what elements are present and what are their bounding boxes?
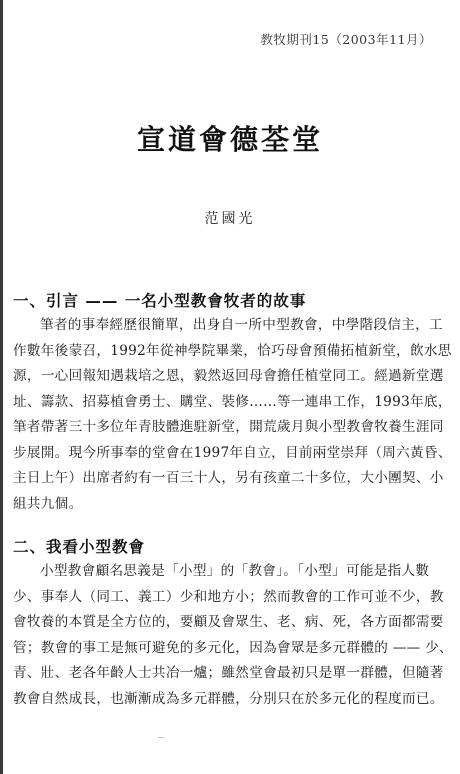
paragraph-line: 管；教會的事工是無可避免的多元化，因為會眾是多元群體的 —— 少、	[13, 636, 445, 662]
paragraph-line: 筆者的事奉經歷很簡單，出身自一所中型教會，中學階段信主，工	[13, 313, 445, 339]
section-heading-small-church-view: 二、我看小型教會	[13, 535, 145, 557]
author-name: 范國光	[0, 208, 460, 228]
paragraph-line: 主日上午）出席者約有一百三十人，另有孩童二十多位，大小團契、小	[13, 466, 445, 492]
article-title: 宣道會德荃堂	[0, 118, 460, 158]
paragraph-line: 作數年後蒙召，1992年從神學院畢業，恰巧母會預備拓植新堂，飲水思	[13, 339, 445, 365]
scan-smudge	[158, 737, 164, 740]
paragraph-line: 少、事奉人（同工、義工）少和地方小；然而教會的工作可並不少，教	[13, 585, 445, 611]
page-left-edge	[0, 0, 3, 774]
running-head: 教牧期刊15（2003年11月）	[260, 30, 432, 48]
paragraph-line: 青、壯、老各年齡人士共冶一爐；雖然堂會最初只是單一群體，但隨著	[13, 661, 445, 687]
paragraph-line: 教會自然成長，也漸漸成為多元群體，分別只在於多元化的程度而已。	[13, 687, 445, 713]
paragraph-line: 步展開。現今所事奉的堂會在1997年自立，目前兩堂崇拜（周六黃昏、	[13, 441, 445, 467]
paragraph-line: 小型教會顧名思義是「小型」的「教會」。「小型」可能是指人數	[13, 559, 445, 585]
paragraph-line: 筆者帶著三十多位年青肢體進駐新堂，開荒歲月與小型教會牧養生涯同	[13, 415, 445, 441]
section-2-paragraph: 小型教會顧名思義是「小型」的「教會」。「小型」可能是指人數 少、事奉人（同工、義…	[13, 559, 445, 712]
paragraph-line: 組共九個。	[13, 492, 445, 518]
paragraph-line: 會牧養的本質是全方位的，要顧及會眾生、老、病、死，各方面都需要	[13, 610, 445, 636]
section-heading-introduction: 一、引言 —— 一名小型教會牧者的故事	[13, 289, 306, 311]
paragraph-line: 源，一心回報知遇栽培之恩，毅然返回母會擔任植堂同工。經過新堂選	[13, 364, 445, 390]
paragraph-line: 址、籌款、招募植會勇士、購堂、裝修……等一連串工作，1993年底，	[13, 390, 445, 416]
section-1-paragraph: 筆者的事奉經歷很簡單，出身自一所中型教會，中學階段信主，工 作數年後蒙召，199…	[13, 313, 445, 517]
